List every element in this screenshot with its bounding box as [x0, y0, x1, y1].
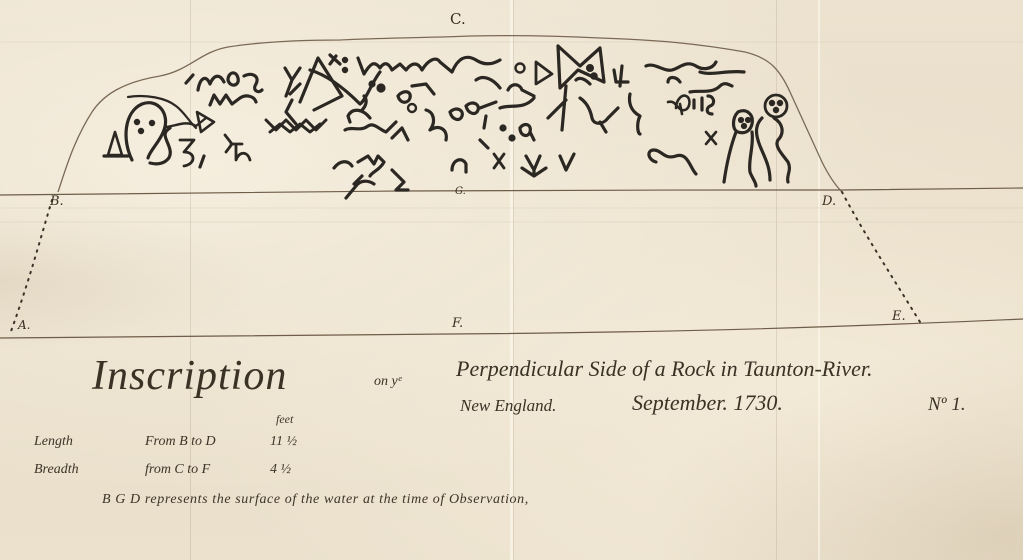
- caption-date: September. 1730.: [632, 390, 783, 416]
- caption-place: New England.: [460, 396, 556, 416]
- manuscript-sheet: C. B. G. D. A. F. E. Inscription on yᵉ P…: [0, 0, 1023, 560]
- dotted-line-b-a: [10, 200, 52, 334]
- measurement-row-label: Breadth: [34, 462, 79, 478]
- measurement-row-value: 4 ½: [270, 462, 291, 478]
- caption-number: Nº 1.: [928, 394, 966, 416]
- water-line: [0, 188, 1023, 195]
- point-label-b: B.: [50, 194, 64, 209]
- point-label-d: D.: [822, 194, 836, 209]
- caption-title-rest: Perpendicular Side of a Rock in Taunton-…: [456, 356, 873, 382]
- dotted-line-d-e: [842, 192, 920, 322]
- measurement-row-value: 11 ½: [270, 434, 297, 450]
- base-line: [0, 319, 1023, 338]
- petroglyphs: [104, 46, 789, 198]
- measurement-unit-label: feet: [276, 412, 293, 427]
- point-label-g: G.: [455, 186, 466, 197]
- measurement-row-label: Length: [34, 434, 73, 450]
- measurement-footnote: B G D represents the surface of the wate…: [102, 492, 529, 508]
- caption-connector: on yᵉ: [374, 374, 401, 390]
- measurement-row-from: From B to D: [145, 434, 216, 450]
- measurement-row-from: from C to F: [145, 462, 210, 478]
- point-label-c: C.: [450, 10, 466, 28]
- point-label-a: A.: [18, 318, 30, 332]
- caption-title-word: Inscription: [92, 352, 287, 400]
- point-label-e: E.: [892, 309, 906, 324]
- point-label-f: F.: [452, 316, 463, 331]
